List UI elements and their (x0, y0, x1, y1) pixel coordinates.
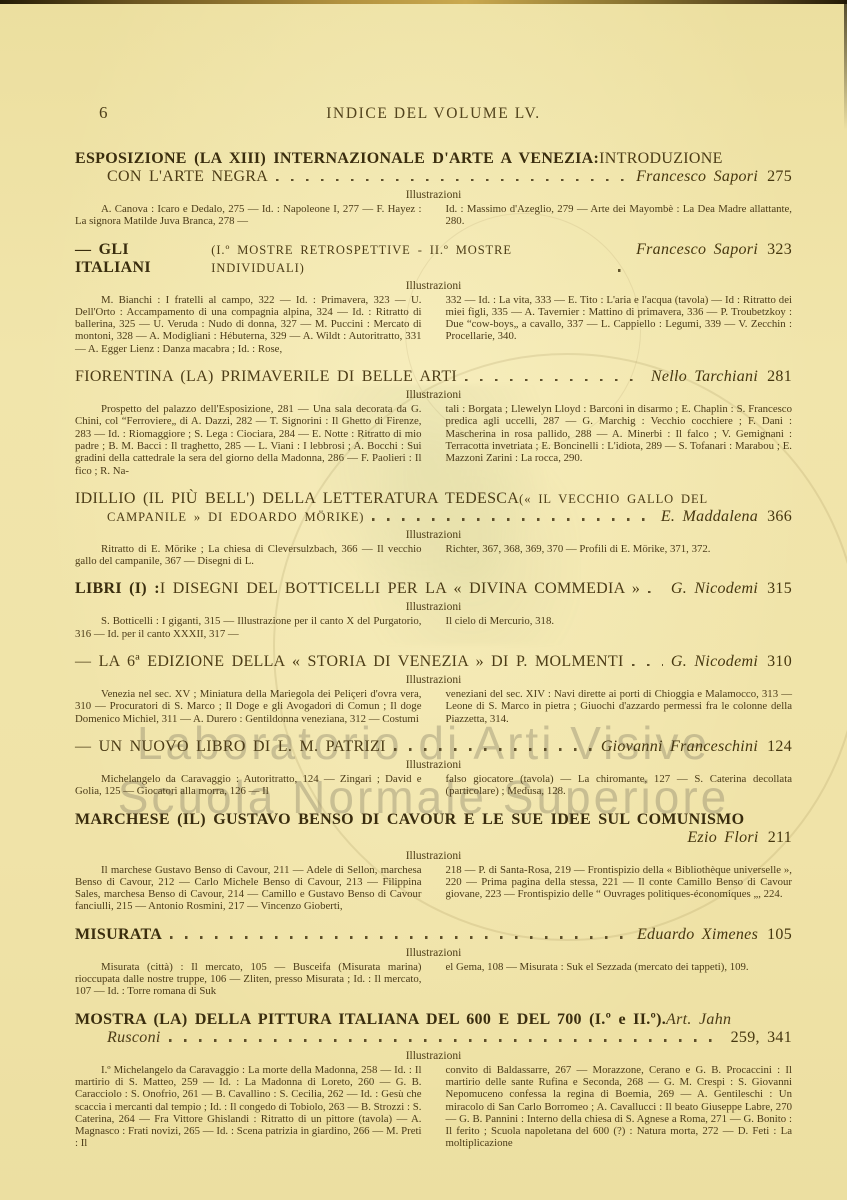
title-segment: — UN NUOVO LIBRO DI L. M. PATRIZI (75, 738, 386, 756)
entry-page-ref: 310 (767, 653, 792, 670)
entry-author: E. Maddalena (661, 508, 758, 525)
entry-title-line: — LA 6ª EDIZIONE DELLA « STORIA DI VENEZ… (75, 653, 792, 671)
dot-leader (372, 518, 653, 521)
page-header: 6 INDICE DEL VOLUME LV. (75, 95, 792, 137)
entry-title-line: IDILLIO (IL PIÙ BELL') DELLA LETTERATURA… (75, 490, 792, 508)
illustrations-columns: Il marchese Gustavo Benso di Cavour, 211… (75, 864, 792, 913)
illustrations-columns: Prospetto del palazzo dell'Esposizione, … (75, 403, 792, 477)
title-segment: IDILLIO (IL PIÙ BELL') DELLA LETTERATURA… (75, 490, 519, 508)
entry-title-line: CON L'ARTE NEGRAFrancesco Sapori275 (75, 168, 792, 186)
entry-page-ref: 124 (767, 738, 792, 755)
entry-title-line: FIORENTINA (LA) PRIMAVERILE DI BELLE ART… (75, 368, 792, 386)
dot-leader (394, 748, 593, 751)
illustrations-label: Illustrazioni (75, 850, 792, 862)
entry-author-page: Nello Tarchiani281 (651, 368, 792, 386)
entry-author: Eduardo Ximenes (637, 926, 758, 943)
illustrations-right-column: convito di Baldassarre, 267 — Morazzone,… (446, 1064, 793, 1150)
illustrations-left-column: M. Bianchi : I fratelli al campo, 322 — … (75, 294, 422, 355)
entry-author-page: G. Nicodemi310 (671, 653, 792, 671)
entry-title-line: — GLI ITALIANI (I.º Mostre retrospettive… (75, 241, 792, 277)
dot-leader (465, 379, 643, 382)
index-entry: IDILLIO (IL PIÙ BELL') DELLA LETTERATURA… (75, 490, 792, 568)
entry-page-ref: 211 (768, 829, 792, 846)
illustrations-left-column: S. Botticelli : I giganti, 315 — Illustr… (75, 615, 422, 640)
dot-leader (169, 1039, 723, 1042)
illustrations-label: Illustrazioni (75, 601, 792, 613)
index-entry: ESPOSIZIONE (LA XIII) INTERNAZIONALE D'A… (75, 150, 792, 228)
title-segment: — GLI ITALIANI (75, 241, 211, 277)
page-number: 6 (99, 103, 108, 123)
illustrations-left-column: Ritratto di E. Mörike ; La chiesa di Cle… (75, 543, 422, 568)
dot-leader (170, 936, 629, 939)
title-segment: — LA 6ª EDIZIONE DELLA « STORIA DI VENEZ… (75, 653, 624, 671)
entry-author: Nello Tarchiani (651, 368, 758, 385)
illustrations-columns: M. Bianchi : I fratelli al campo, 322 — … (75, 294, 792, 355)
entry-author: G. Nicodemi (671, 580, 758, 597)
entry-author-page: 259, 341 (731, 1029, 792, 1047)
illustrations-label: Illustrazioni (75, 674, 792, 686)
index-entries: ESPOSIZIONE (LA XIII) INTERNAZIONALE D'A… (75, 150, 792, 1150)
entry-author-page: E. Maddalena366 (661, 508, 792, 526)
illustrations-left-column: Michelangelo da Caravaggio : Autoritratt… (75, 773, 422, 798)
illustrations-columns: I.º Michelangelo da Caravaggio : La mort… (75, 1064, 792, 1150)
entry-page-ref: 323 (767, 241, 792, 258)
title-segment: (I.º Mostre retrospettive - II.º Mostre … (211, 241, 610, 277)
index-entry: MARCHESE (IL) GUSTAVO BENSO DI CAVOUR E … (75, 811, 792, 913)
entry-author: Francesco Sapori (636, 168, 758, 185)
volume-index-title: INDICE DEL VOLUME LV. (75, 95, 792, 123)
illustrations-label: Illustrazioni (75, 529, 792, 541)
illustrations-columns: Ritratto di E. Mörike ; La chiesa di Cle… (75, 543, 792, 568)
dot-leader (618, 269, 628, 272)
illustrations-left-column: I.º Michelangelo da Caravaggio : La mort… (75, 1064, 422, 1150)
entry-title-line: MISURATAEduardo Ximenes105 (75, 926, 792, 944)
index-entry: — GLI ITALIANI (I.º Mostre retrospettive… (75, 241, 792, 355)
title-segment: FIORENTINA (LA) PRIMAVERILE DI BELLE ART… (75, 368, 457, 386)
index-entry: — LA 6ª EDIZIONE DELLA « STORIA DI VENEZ… (75, 653, 792, 725)
entry-title-line: LIBRI (I) : I DISEGNI DEL BOTTICELLI PER… (75, 580, 792, 598)
entry-author-page: Giovanni Franceschini124 (601, 738, 792, 756)
illustrations-right-column: Il cielo di Mercurio, 318. (446, 615, 793, 640)
illustrations-label: Illustrazioni (75, 759, 792, 771)
illustrations-label: Illustrazioni (75, 280, 792, 292)
entry-page-ref: 315 (767, 580, 792, 597)
entry-title-line: ESPOSIZIONE (LA XIII) INTERNAZIONALE D'A… (75, 150, 792, 168)
index-entry: LIBRI (I) : I DISEGNI DEL BOTTICELLI PER… (75, 580, 792, 640)
entry-author-page: Ezio Flori211 (687, 829, 792, 847)
entry-title-line: campanile » di Edoardo Mörike)E. Maddale… (75, 508, 792, 526)
illustrations-label: Illustrazioni (75, 1050, 792, 1062)
index-entry: MISURATAEduardo Ximenes105IllustrazioniM… (75, 926, 792, 998)
index-entry: — UN NUOVO LIBRO DI L. M. PATRIZIGiovann… (75, 738, 792, 798)
illustrations-right-column: veneziani del sec. XIV : Navi dirette ai… (446, 688, 793, 725)
illustrations-left-column: A. Canova : Icaro e Dedalo, 275 — Id. : … (75, 203, 422, 228)
index-entry: MOSTRA (LA) DELLA PITTURA ITALIANA DEL 6… (75, 1011, 792, 1150)
illustrations-columns: Venezia nel sec. XV ; Miniatura della Ma… (75, 688, 792, 725)
entry-title-line: MARCHESE (IL) GUSTAVO BENSO DI CAVOUR E … (75, 811, 792, 829)
illustrations-right-column: 332 — Id. : La vita, 333 — E. Tito : L'a… (446, 294, 793, 355)
illustrations-right-column: tali : Borgata ; Llewelyn Lloyd : Barcon… (446, 403, 793, 477)
entry-author: Giovanni Franceschini (601, 738, 758, 755)
dot-leader (632, 664, 663, 667)
illustrations-label: Illustrazioni (75, 947, 792, 959)
page-top-edge (0, 0, 847, 4)
illustrations-left-column: Il marchese Gustavo Benso di Cavour, 211… (75, 864, 422, 913)
title-segment: CON L'ARTE NEGRA (107, 168, 268, 186)
entry-title-line: — UN NUOVO LIBRO DI L. M. PATRIZIGiovann… (75, 738, 792, 756)
title-segment: (« Il vecchio gallo del (519, 490, 708, 508)
entry-page-ref: 275 (767, 168, 792, 185)
illustrations-right-column: falso giocatore (tavola) — La chiromante… (446, 773, 793, 798)
title-segment: campanile » di Edoardo Mörike) (107, 508, 364, 526)
entry-title-line: Rusconi259, 341 (75, 1029, 792, 1047)
entry-author-page: G. Nicodemi315 (671, 580, 792, 598)
illustrations-columns: Misurata (città) : Il mercato, 105 — Bus… (75, 961, 792, 998)
illustrations-right-column: el Gema, 108 — Misurata : Suk el Sezzada… (446, 961, 793, 998)
title-segment: ESPOSIZIONE (LA XIII) INTERNAZIONALE D'A… (75, 150, 599, 168)
entry-title-line: MOSTRA (LA) DELLA PITTURA ITALIANA DEL 6… (75, 1011, 792, 1029)
illustrations-label: Illustrazioni (75, 189, 792, 201)
title-segment: MARCHESE (IL) GUSTAVO BENSO DI CAVOUR E … (75, 811, 744, 829)
entry-author: Ezio Flori (687, 829, 758, 846)
entry-page-ref: 281 (767, 368, 792, 385)
title-segment: Art. Jahn (666, 1011, 731, 1029)
illustrations-columns: Michelangelo da Caravaggio : Autoritratt… (75, 773, 792, 798)
title-segment: MISURATA (75, 926, 162, 944)
entry-author-page: Francesco Sapori275 (636, 168, 792, 186)
title-segment: INTRODUZIONE (599, 150, 723, 168)
entry-page-ref: 259, 341 (731, 1029, 792, 1046)
page-content: 6 INDICE DEL VOLUME LV. ESPOSIZIONE (LA … (75, 95, 792, 1150)
illustrations-right-column: Richter, 367, 368, 369, 370 — Profili di… (446, 543, 793, 568)
entry-title-line: Ezio Flori211 (75, 829, 792, 847)
entry-author: G. Nicodemi (671, 653, 758, 670)
entry-page-ref: 366 (767, 508, 792, 525)
illustrations-right-column: 218 — P. di Santa-Rosa, 219 — Frontispiz… (446, 864, 793, 913)
entry-author: Francesco Sapori (636, 241, 758, 258)
illustrations-right-column: Id. : Massimo d'Azeglio, 279 — Arte dei … (446, 203, 793, 228)
index-entry: FIORENTINA (LA) PRIMAVERILE DI BELLE ART… (75, 368, 792, 477)
entry-page-ref: 105 (767, 926, 792, 943)
entry-author-page: Francesco Sapori323 (636, 241, 792, 259)
title-segment: LIBRI (I) : (75, 580, 160, 598)
dot-leader (648, 591, 663, 594)
entry-author-page: Eduardo Ximenes105 (637, 926, 792, 944)
title-segment: Rusconi (107, 1029, 161, 1047)
dot-leader (276, 179, 628, 182)
scan-page: { "page": { "number": "6", "header": "IN… (0, 0, 847, 1200)
illustrations-left-column: Misurata (città) : Il mercato, 105 — Bus… (75, 961, 422, 998)
title-segment: MOSTRA (LA) DELLA PITTURA ITALIANA DEL 6… (75, 1011, 666, 1029)
illustrations-left-column: Venezia nel sec. XV ; Miniatura della Ma… (75, 688, 422, 725)
illustrations-columns: S. Botticelli : I giganti, 315 — Illustr… (75, 615, 792, 640)
illustrations-left-column: Prospetto del palazzo dell'Esposizione, … (75, 403, 422, 477)
title-segment: I DISEGNI DEL BOTTICELLI PER LA « DIVINA… (160, 580, 640, 598)
illustrations-columns: A. Canova : Icaro e Dedalo, 275 — Id. : … (75, 203, 792, 228)
illustrations-label: Illustrazioni (75, 389, 792, 401)
